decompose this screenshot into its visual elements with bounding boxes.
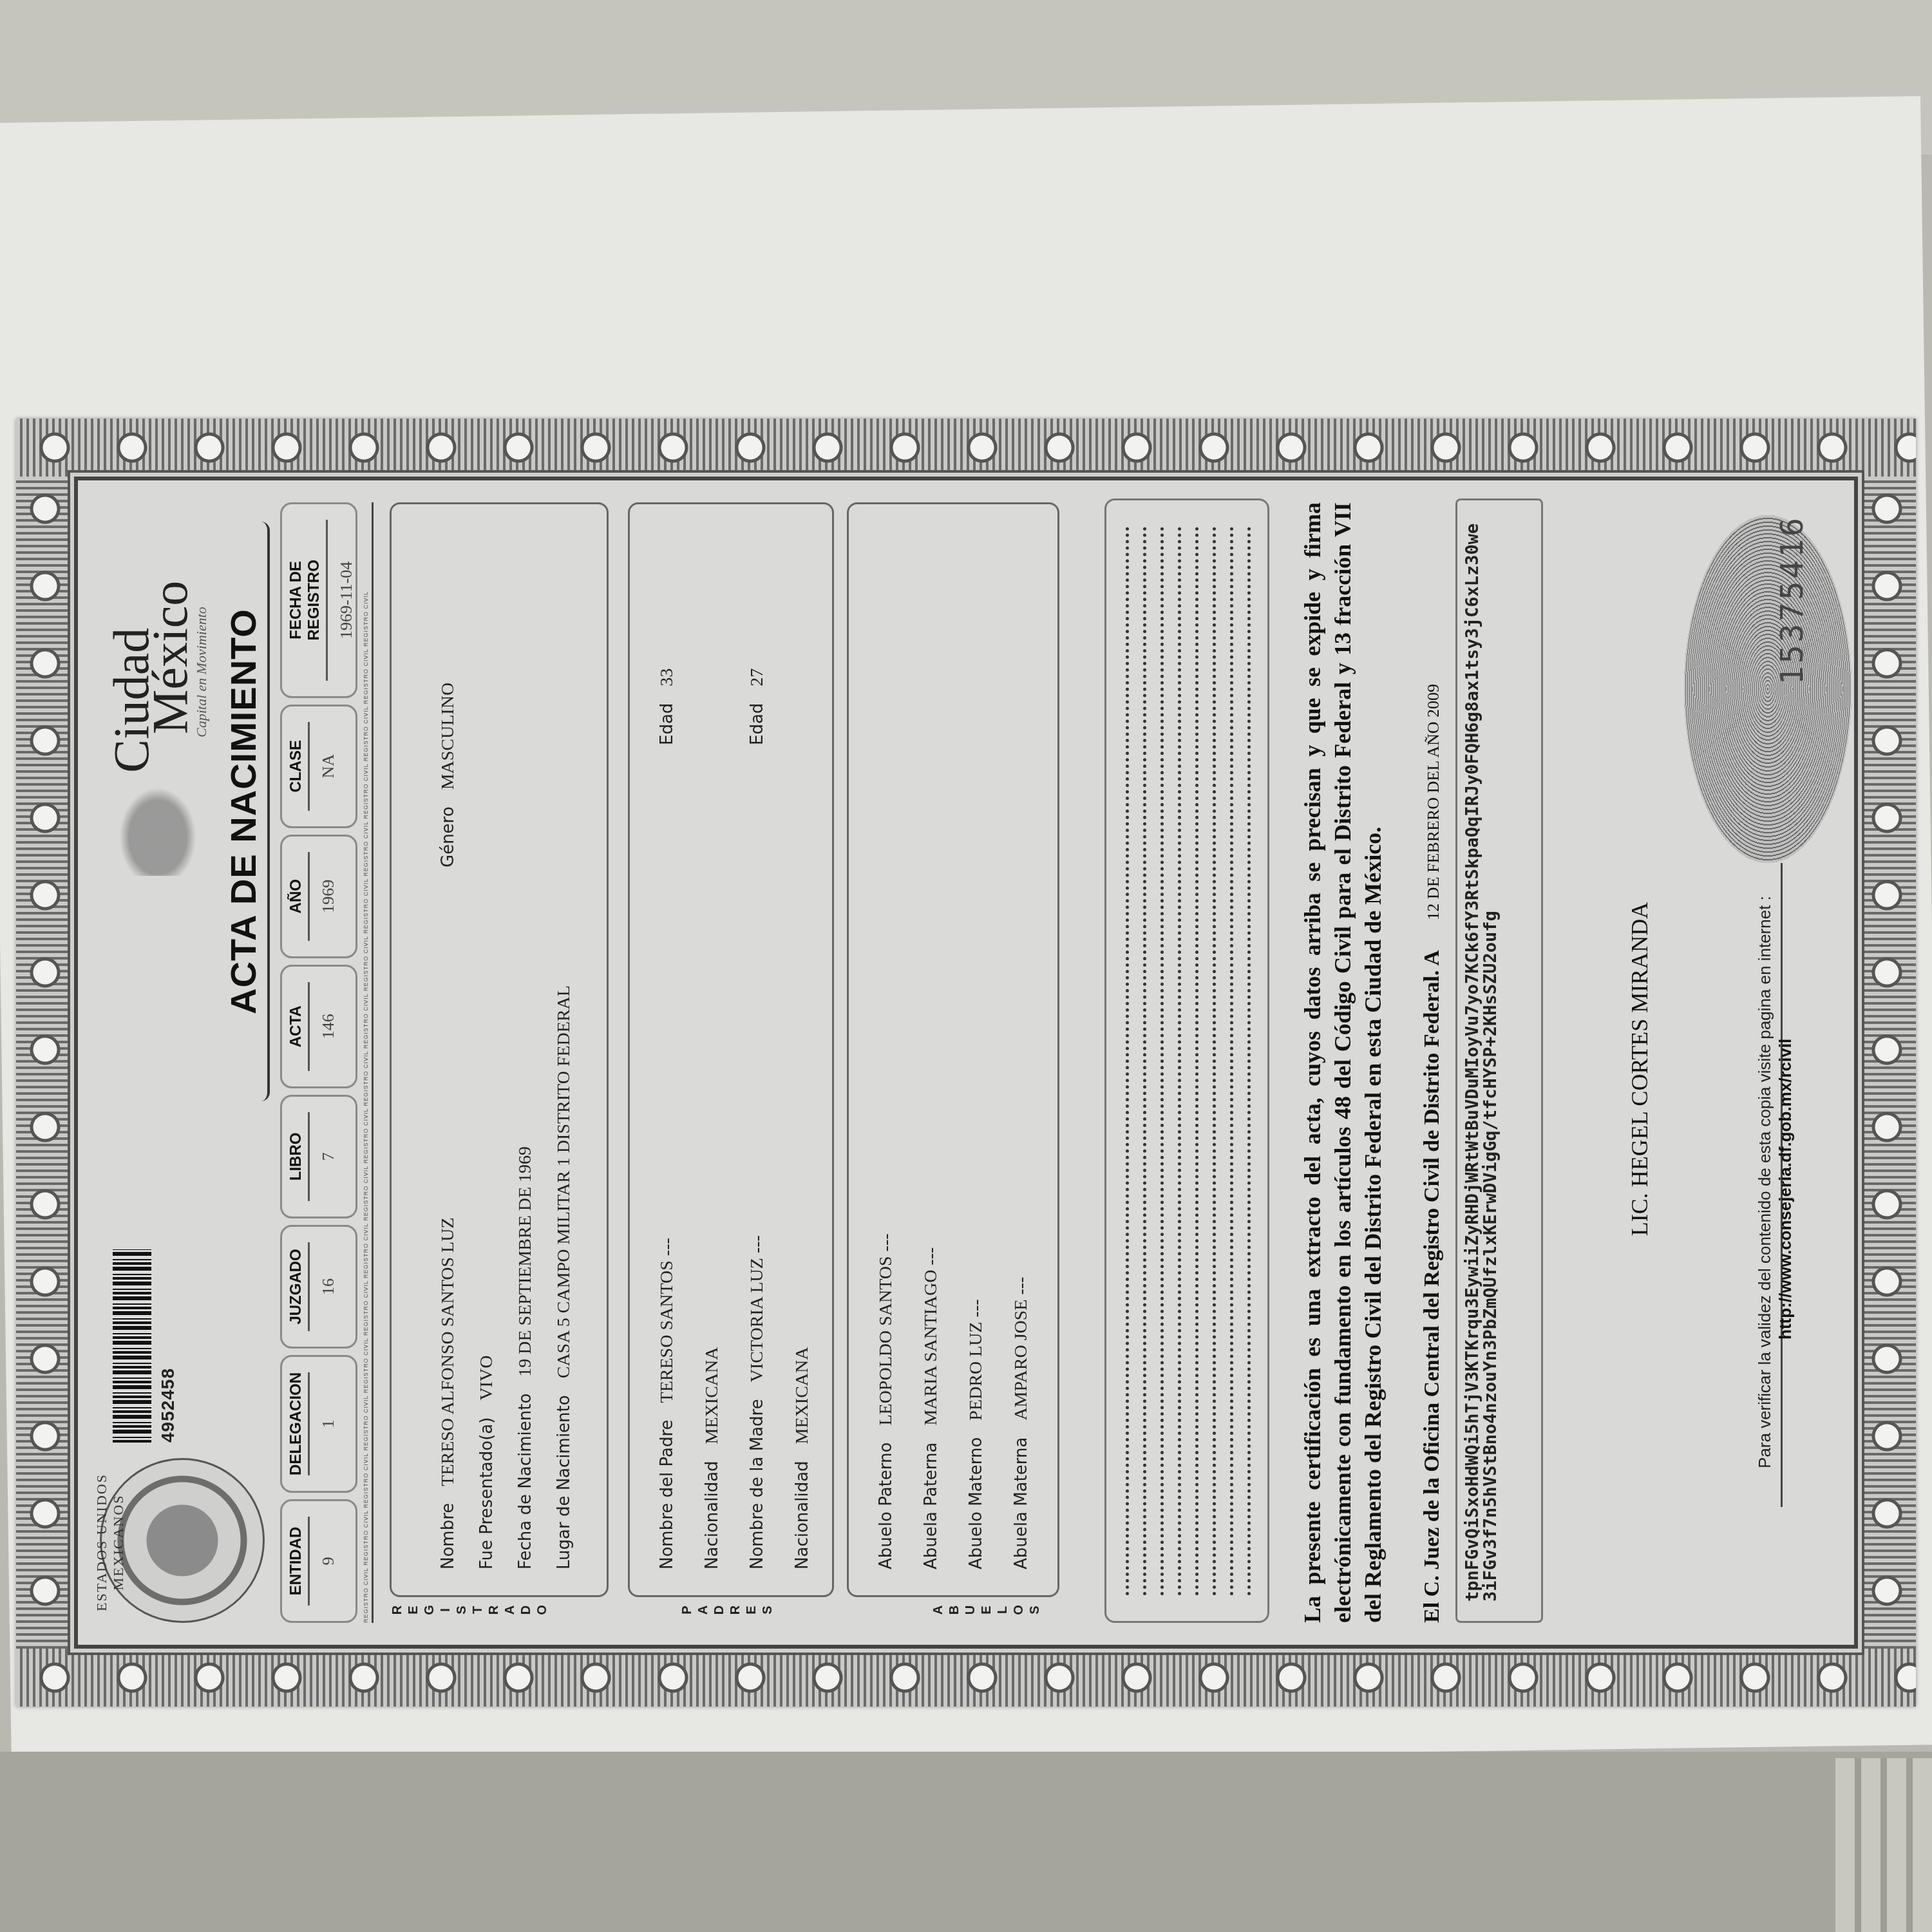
value-abuela: AMPARO JOSE --- [1011,1277,1031,1421]
barcode-icon [113,1249,151,1443]
label-madre: Nombre de la Madre [748,1399,767,1569]
certificate-content: ESTADOS UNIDOS MEXICANOS 4952458 Ciudad … [87,489,1845,1636]
value-genero: MASCULINO [438,683,458,790]
label-fecha-nacimiento: Fecha de Nacimiento [516,1394,535,1569]
field-entidad: ENTIDAD 9 [280,1499,357,1623]
row-madre-edad: Edad27 [746,668,768,745]
border-pattern-left [16,1649,1916,1707]
side-letter: L [995,1606,1011,1614]
value-padre: TERESO SANTOS --- [657,1238,677,1403]
verify-url-link[interactable]: http://www.consejeria.df.gob.mx/rcivil [1776,1039,1795,1340]
side-letter: O [1011,1605,1027,1615]
label-abuelo: Abuelo Materno [967,1437,986,1569]
dotted-line [1195,526,1198,1595]
field-label: CLASE [287,722,310,811]
row-padre: Nombre del PadreTERESO SANTOS --- [656,1238,677,1569]
row-lugar-nacimiento: Lugar de NacimientoCASA 5 CAMPO MILITAR … [553,985,574,1569]
birth-certificate: ESTADOS UNIDOS MEXICANOS 4952458 Ciudad … [16,419,1916,1707]
field-value: 1969-11-04 [337,504,356,696]
value-abuelo: PEDRO LUZ --- [966,1299,986,1420]
label-genero: Género [439,806,458,867]
abuelos-box: Abuelo PaternoLEOPOLDO SANTOS --- Abuela… [847,502,1059,1597]
section-registrado: R E G I S T R A D O NombreTERESO ALFONSO… [390,502,609,1623]
label-padre: Nombre del Padre [658,1419,677,1569]
field-label: LIBRO [287,1112,310,1201]
dotted-line [1160,526,1164,1595]
padres-box: Nombre del PadreTERESO SANTOS --- Edad33… [628,502,834,1597]
border-pattern-right [16,419,1916,477]
side-letter: B [947,1605,963,1615]
side-letter: G [422,1605,438,1615]
document-title: ACTA DE NACIMIENTO [222,522,264,1101]
value-madre: VICTORIA LUZ --- [747,1235,767,1382]
side-letter: A [696,1605,712,1615]
side-letter: R [486,1605,502,1615]
side-letter: R [390,1605,406,1615]
side-letter: U [963,1605,979,1615]
field-value: 146 [319,967,338,1086]
section-side-label: A B U E L O S [931,1597,1043,1623]
side-letter: A [502,1605,518,1615]
background-surface-bottom [0,1752,1932,1932]
side-letter: S [1027,1605,1043,1614]
electronic-signature-box: tpnFGvQiSxoHdWQi5hTjV3KTKrqu3EywiiZyRHDj… [1455,498,1543,1623]
field-clase: CLASE NA [280,705,357,828]
registrado-box: NombreTERESO ALFONSO SANTOS LUZ GéneroMA… [390,502,609,1597]
section-side-label: R E G I S T R A D O [390,1597,551,1623]
guilloche-ornament-icon [1684,515,1851,863]
dotted-line [1230,526,1233,1595]
dotted-line [1213,526,1216,1595]
side-letter: R [728,1605,744,1615]
section-abuelos: A B U E L O S Abuelo PaternoLEOPOLDO SAN… [847,502,1059,1623]
side-letter: S [454,1605,470,1614]
value-nombre: TERESO ALFONSO SANTOS LUZ [438,1217,458,1486]
field-label: ENTIDAD [287,1517,310,1605]
dotted-line [1247,526,1251,1595]
value-padre-edad: 33 [657,668,677,687]
border-pattern-bottom [1858,419,1916,1707]
field-fecha-registro: FECHA DE REGISTRO 1969-11-04 [280,502,357,698]
dotted-line [1143,526,1146,1595]
field-ano: AÑO 1969 [280,835,357,958]
row-madre-nacionalidad: NacionalidadMEXICANA [791,1347,813,1570]
seal-text: ESTADOS UNIDOS MEXICANOS [93,1462,127,1623]
row-madre: Nombre de la MadreVICTORIA LUZ --- [746,1235,768,1569]
field-value: NA [319,706,338,826]
juez-text: El C. Juez de la Oficina Central del Reg… [1420,951,1444,1623]
side-letter: D [518,1605,535,1615]
field-label: DELEGACION [287,1372,310,1475]
field-label: ACTA [287,982,310,1071]
row-fecha-nacimiento: Fecha de Nacimiento19 DE SEPTIEMBRE DE 1… [514,1146,536,1569]
side-letter: S [760,1605,776,1614]
label-abuela: Abuela Materna [1012,1437,1031,1569]
side-letter: E [406,1605,422,1614]
side-letter: E [744,1605,760,1614]
angel-emblem-icon [113,779,203,876]
title-box: ACTA DE NACIMIENTO [222,522,270,1101]
field-value: 1 [319,1357,338,1491]
label-abuela: Abuela Paterna [922,1443,941,1569]
certification-text: La presente certificación es una extract… [1298,502,1388,1623]
row-padre-edad: Edad33 [656,668,677,745]
side-letter: A [931,1605,947,1615]
label-presentado: Fue Presentado(a) [477,1417,497,1569]
value-presentado: VIVO [477,1356,497,1401]
field-value: 9 [319,1501,338,1621]
label-abuelo: Abuelo Paterno [876,1443,896,1569]
row-padre-nacionalidad: NacionalidadMEXICANA [701,1347,723,1570]
dotted-line [1126,526,1129,1595]
label-lugar-nacimiento: Lugar de Nacimiento [554,1395,574,1569]
field-delegacion: DELEGACION 1 [280,1355,357,1493]
field-acta: ACTA 146 [280,965,357,1088]
annotations-box [1104,498,1269,1623]
juez-date: 12 DE FEBRERO DEL AÑO 2009 [1424,684,1443,920]
value-fecha-nacimiento: 19 DE SEPTIEMBRE DE 1969 [515,1146,535,1377]
dotted-line [1178,526,1181,1595]
section-side-label: P A D R E S [679,1597,776,1623]
row-abuelo-materno: Abuelo MaternoPEDRO LUZ --- [965,1299,987,1569]
security-microtext: REGISTRO CIVIL REGISTRO CIVIL REGISTRO C… [363,502,374,1623]
value-padre-nacionalidad: MEXICANA [702,1347,722,1444]
side-letter: P [679,1605,696,1614]
electronic-signature: tpnFGvQiSxoHdWQi5hTjV3KTKrqu3EywiiZyRHDj… [1464,520,1501,1602]
field-label: JUZGADO [287,1242,310,1331]
logo-line2: México [145,581,195,734]
row-genero: GéneroMASCULINO [437,683,459,867]
value-madre-nacionalidad: MEXICANA [792,1347,812,1444]
label-edad: Edad [748,703,767,745]
row-abuelo-paterno: Abuelo PaternoLEOPOLDO SANTOS --- [875,1233,896,1569]
section-padres: P A D R E S Nombre del PadreTERESO SANTO… [628,502,834,1623]
barcode-number: 4952458 [158,1368,178,1443]
field-label: AÑO [287,852,310,941]
official-name: LIC. HEGEL CORTES MIRANDA [1626,502,1653,1636]
label-nombre: Nombre [439,1503,458,1569]
side-letter: I [438,1608,454,1612]
certificate-photo: ESTADOS UNIDOS MEXICANOS 4952458 Ciudad … [16,419,1916,1707]
row-abuela-paterna: Abuela PaternaMARIA SANTIAGO --- [920,1247,942,1569]
row-nombre: NombreTERESO ALFONSO SANTOS LUZ [437,1217,459,1569]
row-abuela-materna: Abuela MaternaAMPARO JOSE --- [1010,1277,1032,1569]
field-libro: LIBRO 7 [280,1095,357,1218]
juez-line: El C. Juez de la Oficina Central del Reg… [1420,502,1444,1623]
side-letter: E [979,1605,995,1614]
side-letter: T [470,1606,486,1614]
label-nacionalidad: Nacionalidad [793,1461,812,1569]
field-juzgado: JUZGADO 16 [280,1225,357,1349]
field-label: FECHA DE REGISTRO [287,520,328,681]
value-abuelo: LEOPOLDO SANTOS --- [876,1233,896,1425]
value-abuela: MARIA SANTIAGO --- [921,1247,941,1426]
field-value: 7 [319,1097,338,1217]
border-pattern-top [16,419,74,1707]
value-madre-edad: 27 [747,668,767,687]
row-presentado: Fue Presentado(a)VIVO [475,1356,497,1569]
side-letter: O [535,1605,551,1615]
registry-fields: ENTIDAD 9 DELEGACION 1 JUZGADO 16 LIBRO … [280,502,357,1623]
verify-text: Para verificar la validez del contenido … [1755,896,1775,1468]
value-lugar-nacimiento: CASA 5 CAMPO MILITAR 1 DISTRITO FEDERAL [554,985,574,1378]
logo-tagline: Capital en Movimiento [193,607,210,737]
label-nacionalidad: Nacionalidad [703,1461,722,1569]
side-letter: D [712,1605,728,1615]
radiator-fins [1835,1758,1932,1932]
folio-number: 15375416 [1774,515,1810,685]
field-value: 16 [319,1227,338,1347]
label-edad: Edad [658,703,677,745]
ciudad-mexico-logo: Ciudad México Capital en Movimiento [106,515,209,876]
field-value: 1969 [319,837,338,956]
